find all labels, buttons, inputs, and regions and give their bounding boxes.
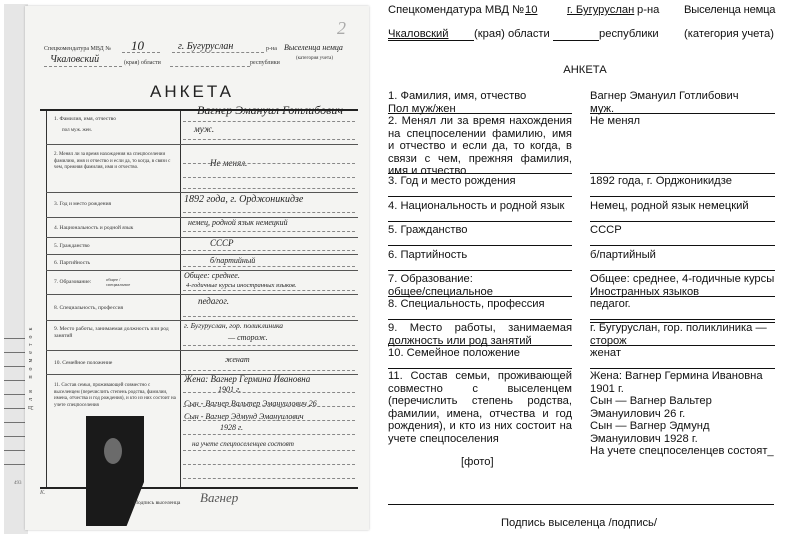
page-title: АНКЕТА (385, 64, 785, 77)
scan-signature-label: Подпись выселенца (134, 500, 180, 506)
komendatura-number: 10 (525, 4, 567, 17)
category-label: (категория учета) (684, 28, 774, 41)
scan-row-label: 6. Партийность (54, 260, 90, 266)
row-value-line: Эмануилович 26 г. (590, 408, 780, 421)
row-rule (388, 368, 572, 369)
region: Чкаловский (388, 28, 474, 41)
scan-answer-line (183, 212, 355, 213)
scan-row-label: 10. Семейное положение (54, 360, 112, 366)
scan-answer-line (183, 450, 355, 451)
category-value: Выселенца немца (684, 4, 775, 17)
transcription-panel: Спецкомендатура МВД № 10 г. Бугуруслан р… (385, 0, 785, 538)
scan-row-label: 7. Образование: (54, 279, 91, 285)
city: г. Бугуруслан (567, 4, 634, 17)
scan-row-line (46, 237, 358, 238)
row-value-line: СССР (590, 224, 780, 237)
row-rule (388, 245, 572, 246)
row-rule (590, 368, 775, 369)
row-label-line: 3. Год и место рождения (388, 175, 572, 188)
scan-header-category: Выселенца немца (284, 43, 343, 52)
scan-answer-line (183, 420, 355, 421)
signature-label: Подпись выселенца /подпись/ (501, 517, 657, 530)
district-suffix: р-на (637, 4, 659, 17)
scan-answer-line (183, 392, 355, 393)
row-rule (590, 322, 775, 323)
scan-row-label: 11. Состав семьи, проживающей совместно … (54, 383, 176, 409)
scan-answer-line (183, 316, 355, 317)
row-value-line: 1892 года, г. Орджоникидзе (590, 175, 780, 188)
scan-header-region-label: (края) области (124, 60, 161, 66)
scan-value-work2: — сторож. (228, 333, 268, 342)
signature-line (388, 504, 774, 505)
scan-value-sex: муж. (194, 124, 214, 134)
scan-left-border (46, 111, 47, 487)
row-value: Не менял (590, 115, 780, 128)
row-label-line: 7. Образование: (388, 273, 572, 286)
row-value: г. Бугуруслан, гор. поликлиника —сторож (590, 322, 780, 347)
row-value-line: Не менял (590, 115, 780, 128)
scan-header-region: Чкаловский (50, 54, 99, 65)
scan-answer-line (183, 139, 355, 140)
photo-face (104, 438, 122, 464)
scan-row-sub: пол муж. жен. (62, 128, 92, 133)
scan-answer-line (183, 406, 355, 407)
row-label: 7. Образование:общее/специальное (388, 273, 572, 298)
row-rule (388, 113, 572, 114)
scan-answer-line (183, 464, 355, 465)
scan-value-nationality: немец, родной язык немецкий (188, 218, 288, 227)
scan-row-label: 2. Менял ли за время нахождения на спецп… (54, 152, 176, 172)
scan-answer-line (183, 345, 355, 346)
scan-value-work: г. Бугуруслан, гор. поликлиника (184, 321, 283, 330)
scan-answer-line (183, 290, 355, 291)
scan-header-republic-label: республики (250, 60, 280, 66)
row-rule (590, 319, 775, 320)
row-value-line: 1901 г. (590, 383, 780, 396)
row-value-line: б/партийный (590, 249, 780, 262)
row-label-line: 10. Семейное положение (388, 347, 572, 360)
scan-row-label: 5. Гражданство (54, 243, 90, 249)
scan-dots (170, 66, 250, 67)
row-label: 5. Гражданство (388, 224, 572, 237)
scan-answer-line (183, 266, 355, 267)
row-label: 10. Семейное положение (388, 347, 572, 360)
row-rule (388, 196, 572, 197)
row-label: 11. Состав семьи, проживающей совместно … (388, 370, 572, 445)
row-label: 1. Фамилия, имя, отчествоПол муж/жен (388, 90, 572, 115)
row-rule (590, 245, 775, 246)
row-label: 6. Партийность (388, 249, 572, 262)
scan-answer-line (183, 177, 355, 178)
row-value-line: Вагнер Эмануил Готлибович (590, 90, 780, 103)
region-text: Чкаловский (388, 28, 449, 40)
row-rule (590, 345, 775, 346)
row-rule (388, 221, 572, 222)
scan-answer-line (183, 121, 355, 122)
scan-footer-k: К. (40, 490, 45, 496)
row-value: женат (590, 347, 780, 360)
row-value: Вагнер Эмануил Готлибовичмуж. (590, 90, 780, 115)
komendatura-label: Спецкомендатура МВД № (388, 4, 524, 17)
row-value-line: Общее: среднее, 4-годичные курсы (590, 273, 780, 286)
scan-answer-line (183, 188, 355, 189)
scan-answer-line (183, 231, 355, 232)
republic-suffix: республики (599, 28, 659, 41)
row-rule (590, 196, 775, 197)
scan-answer-line (183, 163, 355, 164)
region-suffix: (края) области (474, 28, 550, 41)
row-value-line: Сын — Вагнер Вальтер (590, 395, 780, 408)
row-rule (388, 345, 572, 346)
row-value-line: Жена: Вагнер Гермина Ивановна (590, 370, 780, 383)
scan-answer-line (183, 250, 355, 251)
row-value-line: На учете спецпоселенцев состоят_ (590, 445, 780, 458)
row-value: б/партийный (590, 249, 780, 262)
row-value-line: Сын — Вагнер Эдмунд (590, 420, 780, 433)
scan-side-label: Для пометок (28, 323, 34, 410)
scan-answer-line (183, 478, 355, 479)
scan-row-label: 4. Национальность и родной язык (54, 225, 133, 231)
scan-row-line (46, 294, 358, 295)
photo-placeholder: [фото] (461, 456, 494, 469)
row-rule (388, 270, 572, 271)
scan-column-divider (180, 111, 181, 487)
scan-header-category-label: (категория учета) (296, 56, 333, 61)
scan-header-city: г. Бугуруслан (178, 41, 233, 52)
scan-row-line (46, 254, 358, 255)
scan-dots (44, 66, 122, 67)
scan-value-profession: педагог. (198, 296, 229, 306)
row-rule (590, 173, 775, 174)
scan-family-line: Жена: Вагнер Гермина Ивановна (184, 374, 310, 384)
scan-value-marital: женат (225, 355, 250, 364)
scan-row-sub: общее / специальное (106, 277, 142, 287)
row-value-line: Эмануилович 1928 г. (590, 433, 780, 446)
row-label-line: 8. Специальность, профессия (388, 298, 572, 311)
row-value: Жена: Вагнер Гермина Ивановна1901 г.Сын … (590, 370, 780, 458)
scan-title: АНКЕТА (150, 82, 234, 102)
komendatura-number-text: 10 (525, 4, 537, 16)
row-value: 1892 года, г. Орджоникидзе (590, 175, 780, 188)
scan-dots (122, 52, 160, 53)
scan-header-district: р-на (266, 46, 277, 52)
row-rule (388, 173, 572, 174)
scan-margin-number: 493 (14, 481, 22, 486)
row-label: 4. Национальность и родной язык (388, 200, 572, 213)
scan-row-line (46, 144, 358, 145)
row-value-line: г. Бугуруслан, гор. поликлиника — (590, 322, 780, 335)
row-rule (590, 296, 775, 297)
row-rule (590, 221, 775, 222)
scan-answer-line (183, 434, 355, 435)
row-value-line: педагог. (590, 298, 780, 311)
row-label: 9. Место работы, занимаемая должность ил… (388, 322, 572, 347)
scan-value-citizenship: СССР (210, 238, 234, 248)
row-label: 8. Специальность, профессия (388, 298, 572, 311)
row-value: Общее: среднее, 4-годичные курсыИностран… (590, 273, 780, 298)
scanned-document: Спецкомендатура МВД № 10 г. Бугуруслан р… (0, 0, 385, 538)
scan-value-education: Общее: среднее. (184, 271, 240, 280)
scan-answer-line (183, 370, 355, 371)
scan-value-birth: 1892 года, г. Орджоникидзе (184, 194, 303, 205)
scan-row-line (46, 350, 358, 351)
scan-value-education2: 4-годичные курсы иностранных языков. (186, 282, 297, 289)
row-rule (388, 319, 572, 320)
scan-page-number: 2 (337, 18, 346, 39)
scan-value-name: Вагнер Эмануил Готлибович (197, 103, 343, 118)
row-rule (590, 113, 775, 114)
scan-row-label: 9. Место работы, занимаемая должность ил… (54, 326, 176, 340)
oblast-underline (553, 40, 599, 41)
row-rule (590, 270, 775, 271)
scan-row-line (46, 192, 358, 193)
row-label-line: 6. Партийность (388, 249, 572, 262)
scan-signature: Вагнер (200, 490, 238, 506)
row-label-line: 5. Гражданство (388, 224, 572, 237)
scan-family-line: 1928 г. (220, 423, 243, 432)
row-value: педагог. (590, 298, 780, 311)
scan-value-party: б/партийный (210, 256, 255, 265)
row-value: СССР (590, 224, 780, 237)
scan-header-komendatura: Спецкомендатура МВД № (44, 46, 111, 52)
scan-family-line: на учете спецпоселенцев состоят (192, 440, 294, 448)
scan-row-label: 1. Фамилия, имя, отчество (54, 116, 116, 122)
row-label-line: 1. Фамилия, имя, отчество (388, 90, 572, 103)
row-label: 3. Год и место рождения (388, 175, 572, 188)
region-underline (388, 40, 474, 41)
row-value-line: женат (590, 347, 780, 360)
scan-dots (172, 52, 264, 53)
row-value-line: Немец, родной язык немецкий (590, 200, 780, 213)
scan-row-label: 3. Год и место рождения (54, 201, 111, 207)
row-value: Немец, родной язык немецкий (590, 200, 780, 213)
row-label: 2. Менял ли за время нахождения на спецп… (388, 115, 572, 178)
row-label-line: 4. Национальность и родной язык (388, 200, 572, 213)
row-rule (388, 296, 572, 297)
scan-row-label: 8. Специальность, профессия (54, 305, 123, 311)
